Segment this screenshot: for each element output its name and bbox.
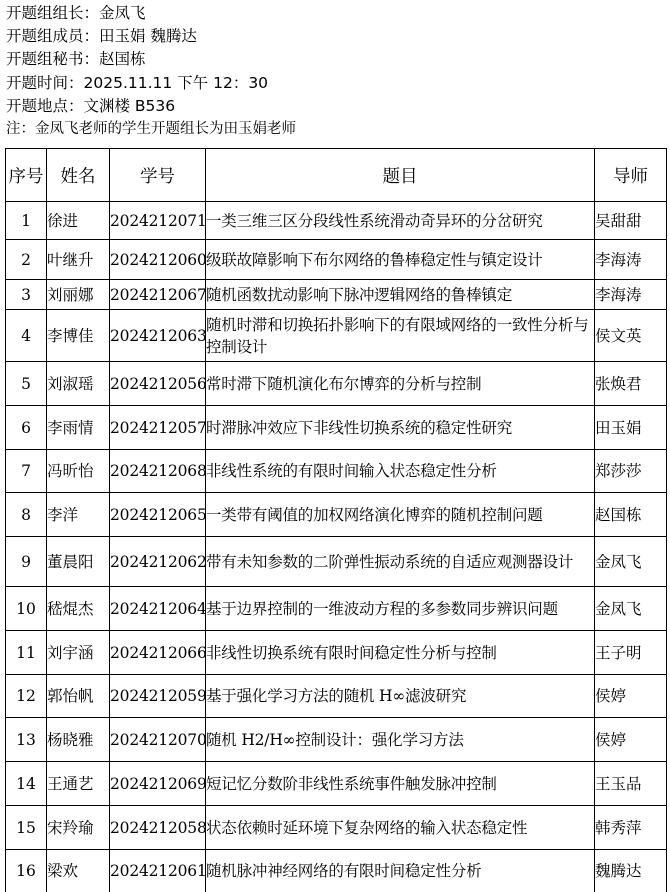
advisor-name: 田玉娟 (595, 406, 667, 450)
table-row: 14王通艺2024212069短记忆分数阶非线性系统事件触发脉冲控制王玉品 (6, 762, 667, 806)
table-row: 5刘淑瑶2024212056常时滞下随机演化布尔博弈的分析与控制张焕君 (6, 362, 667, 406)
thesis-title: 状态依赖时延环境下复杂网络的输入状态稳定性 (206, 806, 595, 850)
thesis-title: 非线性系统的有限时间输入状态稳定性分析 (206, 450, 595, 493)
thesis-title: 级联故障影响下布尔网络的鲁棒稳定性与镇定设计 (206, 240, 595, 280)
student-id: 2024212071 (110, 202, 206, 240)
row-index: 4 (6, 310, 47, 362)
student-name: 冯昕怡 (47, 450, 110, 493)
table-header-row: 序号 姓名 学号 题目 导师 (6, 149, 667, 202)
table-row: 4李博佳2024212063随机时滞和切换拓扑影响下的有限域网络的一致性分析与控… (6, 310, 667, 362)
student-name: 梁欢 (47, 850, 110, 892)
student-name: 刘淑瑶 (47, 362, 110, 406)
thesis-title: 时滞脉冲效应下非线性切换系统的稳定性研究 (206, 406, 595, 450)
student-id: 2024212059 (110, 675, 206, 718)
header-advisor: 导师 (595, 149, 667, 202)
student-id: 2024212058 (110, 806, 206, 850)
defense-info: 开题组组长：金凤飞 开题组成员：田玉娟 魏腾达 开题组秘书：赵国栋 开题时间：2… (6, 2, 296, 141)
table-row: 10嵇焜杰2024212064基于边界控制的一维波动方程的多参数同步辨识问题金凤… (6, 587, 667, 631)
row-index: 15 (6, 806, 47, 850)
thesis-title: 一类三维三区分段线性系统滑动奇异环的分岔研究 (206, 202, 595, 240)
advisor-name: 侯婷 (595, 675, 667, 718)
thesis-title: 基于强化学习方法的随机 H∞滤波研究 (206, 675, 595, 718)
student-roster-table: 序号 姓名 学号 题目 导师 1徐进2024212071一类三维三区分段线性系统… (5, 148, 667, 892)
student-id: 2024212060 (110, 240, 206, 280)
defense-location: 开题地点：文渊楼 B536 (6, 95, 296, 118)
student-name: 徐进 (47, 202, 110, 240)
student-id: 2024212061 (110, 850, 206, 892)
row-index: 5 (6, 362, 47, 406)
thesis-title: 基于边界控制的一维波动方程的多参数同步辨识问题 (206, 587, 595, 631)
header-index: 序号 (6, 149, 47, 202)
advisor-name: 侯文英 (595, 310, 667, 362)
table-row: 13杨晓雅2024212070随机 H2/H∞控制设计：强化学习方法侯婷 (6, 718, 667, 762)
advisor-name: 李海涛 (595, 240, 667, 280)
table-row: 6李雨情2024212057时滞脉冲效应下非线性切换系统的稳定性研究田玉娟 (6, 406, 667, 450)
student-id: 2024212070 (110, 718, 206, 762)
advisor-name: 李海涛 (595, 280, 667, 310)
student-name: 杨晓雅 (47, 718, 110, 762)
advisor-name: 赵国栋 (595, 493, 667, 537)
student-id: 2024212064 (110, 587, 206, 631)
row-index: 16 (6, 850, 47, 892)
student-name: 董晨阳 (47, 537, 110, 587)
table-row: 1徐进2024212071一类三维三区分段线性系统滑动奇异环的分岔研究吴甜甜 (6, 202, 667, 240)
header-title: 题目 (206, 149, 595, 202)
thesis-title: 非线性切换系统有限时间稳定性分析与控制 (206, 631, 595, 675)
thesis-title: 随机脉冲神经网络的有限时间稳定性分析 (206, 850, 595, 892)
row-index: 6 (6, 406, 47, 450)
table-row: 3刘丽娜2024212067随机函数扰动影响下脉冲逻辑网络的鲁棒镇定李海涛 (6, 280, 667, 310)
note: 注：金凤飞老师的学生开题组长为田玉娟老师 (6, 118, 296, 141)
row-index: 13 (6, 718, 47, 762)
student-id: 2024212062 (110, 537, 206, 587)
student-name: 李博佳 (47, 310, 110, 362)
advisor-name: 韩秀萍 (595, 806, 667, 850)
table-row: 9董晨阳2024212062带有未知参数的二阶弹性振动系统的自适应观测器设计金凤… (6, 537, 667, 587)
row-index: 12 (6, 675, 47, 718)
student-id: 2024212068 (110, 450, 206, 493)
thesis-title: 带有未知参数的二阶弹性振动系统的自适应观测器设计 (206, 537, 595, 587)
advisor-name: 张焕君 (595, 362, 667, 406)
header-name: 姓名 (47, 149, 110, 202)
row-index: 8 (6, 493, 47, 537)
row-index: 9 (6, 537, 47, 587)
advisor-name: 吴甜甜 (595, 202, 667, 240)
table-row: 15宋羚瑜2024212058状态依赖时延环境下复杂网络的输入状态稳定性韩秀萍 (6, 806, 667, 850)
group-members: 开题组成员：田玉娟 魏腾达 (6, 25, 296, 48)
thesis-title: 随机 H2/H∞控制设计：强化学习方法 (206, 718, 595, 762)
group-secretary: 开题组秘书：赵国栋 (6, 48, 296, 71)
table-body: 1徐进2024212071一类三维三区分段线性系统滑动奇异环的分岔研究吴甜甜2叶… (6, 202, 667, 892)
student-name: 刘丽娜 (47, 280, 110, 310)
row-index: 10 (6, 587, 47, 631)
row-index: 7 (6, 450, 47, 493)
thesis-title: 常时滞下随机演化布尔博弈的分析与控制 (206, 362, 595, 406)
student-id: 2024212063 (110, 310, 206, 362)
advisor-name: 郑莎莎 (595, 450, 667, 493)
student-name: 郭怡帆 (47, 675, 110, 718)
student-id: 2024212066 (110, 631, 206, 675)
advisor-name: 金凤飞 (595, 537, 667, 587)
advisor-name: 金凤飞 (595, 587, 667, 631)
table-row: 7冯昕怡2024212068非线性系统的有限时间输入状态稳定性分析郑莎莎 (6, 450, 667, 493)
student-name: 李雨情 (47, 406, 110, 450)
student-name: 嵇焜杰 (47, 587, 110, 631)
student-id: 2024212057 (110, 406, 206, 450)
student-id: 2024212065 (110, 493, 206, 537)
student-name: 宋羚瑜 (47, 806, 110, 850)
table-row: 8李洋2024212065一类带有阈值的加权网络演化博弈的随机控制问题赵国栋 (6, 493, 667, 537)
defense-time: 开题时间：2025.11.11 下午 12：30 (6, 72, 296, 95)
student-name: 刘宇涵 (47, 631, 110, 675)
table-row: 12郭怡帆2024212059基于强化学习方法的随机 H∞滤波研究侯婷 (6, 675, 667, 718)
table-row: 2叶继升2024212060级联故障影响下布尔网络的鲁棒稳定性与镇定设计李海涛 (6, 240, 667, 280)
row-index: 1 (6, 202, 47, 240)
row-index: 11 (6, 631, 47, 675)
table-row: 16梁欢2024212061随机脉冲神经网络的有限时间稳定性分析魏腾达 (6, 850, 667, 892)
student-name: 王通艺 (47, 762, 110, 806)
group-leader: 开题组组长：金凤飞 (6, 2, 296, 25)
thesis-title: 随机函数扰动影响下脉冲逻辑网络的鲁棒镇定 (206, 280, 595, 310)
student-id: 2024212069 (110, 762, 206, 806)
advisor-name: 魏腾达 (595, 850, 667, 892)
advisor-name: 王玉品 (595, 762, 667, 806)
advisor-name: 侯婷 (595, 718, 667, 762)
student-id: 2024212067 (110, 280, 206, 310)
row-index: 3 (6, 280, 47, 310)
student-name: 叶继升 (47, 240, 110, 280)
student-name: 李洋 (47, 493, 110, 537)
table-row: 11刘宇涵2024212066非线性切换系统有限时间稳定性分析与控制王子明 (6, 631, 667, 675)
advisor-name: 王子明 (595, 631, 667, 675)
row-index: 14 (6, 762, 47, 806)
header-student-id: 学号 (110, 149, 206, 202)
row-index: 2 (6, 240, 47, 280)
thesis-title: 短记忆分数阶非线性系统事件触发脉冲控制 (206, 762, 595, 806)
thesis-title: 一类带有阈值的加权网络演化博弈的随机控制问题 (206, 493, 595, 537)
thesis-title: 随机时滞和切换拓扑影响下的有限域网络的一致性分析与控制设计 (206, 310, 595, 362)
student-id: 2024212056 (110, 362, 206, 406)
